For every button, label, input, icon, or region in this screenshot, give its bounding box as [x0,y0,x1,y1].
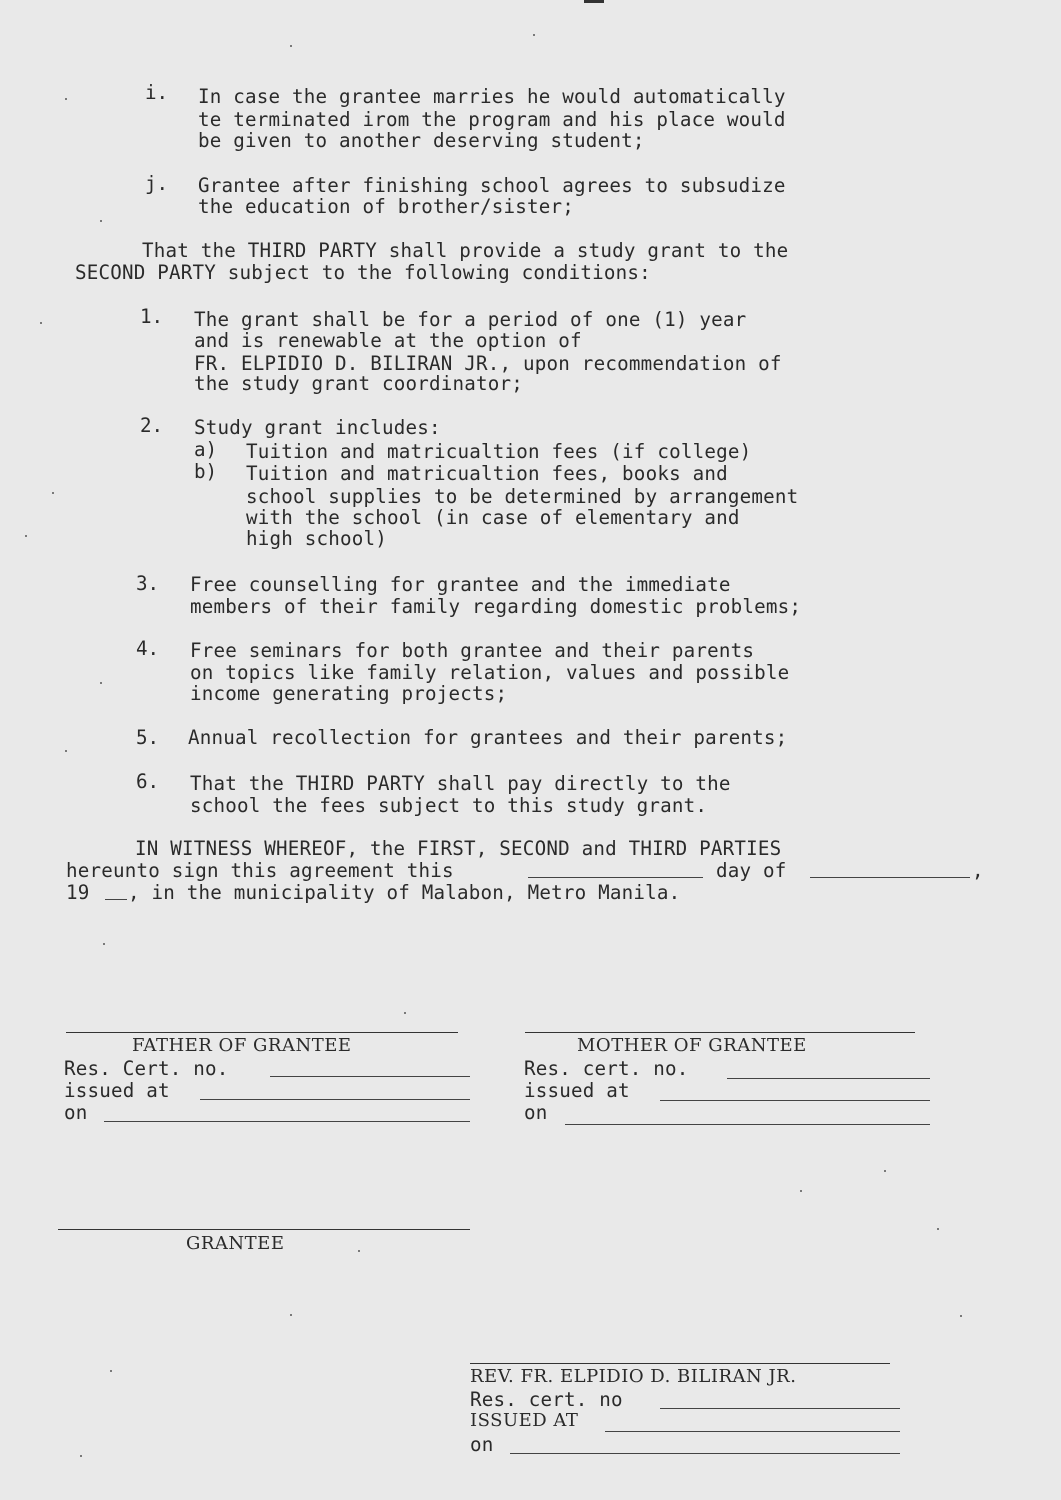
condition-3-line-1: Free counselling for grantee and the imm… [190,574,731,596]
item-marker-i: i. [145,82,168,104]
condition-marker-5: 5. [136,727,159,749]
father-issued-at-label: issued at [64,1080,170,1102]
priest-signature-title: REV. FR. ELPIDIO D. BILIRAN JR. [470,1366,796,1388]
witness-line-1: IN WITNESS WHEREOF, the FIRST, SECOND an… [135,838,781,860]
scan-speck [960,1315,962,1317]
grantee-signature-line[interactable] [58,1229,470,1230]
condition-1-line-2: and is renewable at the option of [194,330,582,352]
scan-speck [65,98,67,100]
condition-marker-4: 4. [136,638,159,660]
agreement-year-blank[interactable] [105,899,127,900]
witness-line-2-comma: , [972,860,984,882]
condition-2-line-1: Study grant includes: [194,417,441,439]
father-signature-title: FATHER OF GRANTEE [132,1035,352,1057]
condition-1-line-4: the study grant coordinator; [194,373,523,395]
subitem-marker-a: a) [194,439,217,461]
mother-issued-at-field[interactable] [660,1100,930,1101]
scan-speck [290,45,292,47]
agreement-day-blank[interactable] [528,877,703,878]
item-i-line-2: te terminated irom the program and his p… [198,109,786,131]
mother-issued-at-label: issued at [524,1080,630,1102]
condition-marker-3: 3. [136,573,159,595]
father-res-cert-label: Res. Cert. no. [64,1058,229,1080]
condition-4-line-1: Free seminars for both grantee and their… [190,640,754,662]
scan-speck [52,492,54,494]
witness-line-3: , in the municipality of Malabon, Metro … [128,882,680,904]
item-j-line-1: Grantee after finishing school agrees to… [198,175,786,197]
scan-speck [65,750,67,752]
scan-speck [100,682,102,684]
subitem-marker-b: b) [194,461,217,483]
priest-issued-at-field[interactable] [605,1431,900,1432]
subitem-b-line-1: Tuition and matricualtion fees, books an… [246,463,728,485]
priest-on-label: on [470,1434,494,1456]
scan-speck [103,943,105,945]
condition-4-line-3: income generating projects; [190,683,507,705]
priest-issued-at-label: ISSUED AT [470,1410,578,1432]
witness-year-prefix: 19 [66,882,90,904]
subitem-b-line-3: with the school (in case of elementary a… [246,507,740,529]
priest-on-field[interactable] [510,1453,900,1454]
condition-4-line-2: on topics like family relation, values a… [190,662,789,684]
subitem-b-line-4: high school) [246,528,387,550]
father-on-label: on [64,1102,88,1124]
third-party-intro-line-1: That the THIRD PARTY shall provide a stu… [142,240,788,262]
mother-res-cert-field[interactable] [727,1078,930,1079]
scan-speck [80,1455,82,1457]
scan-speck [40,322,42,324]
mother-signature-title: MOTHER OF GRANTEE [577,1035,807,1057]
mother-on-field[interactable] [565,1124,930,1125]
father-res-cert-field[interactable] [270,1076,470,1077]
condition-1-line-1: The grant shall be for a period of one (… [194,309,746,331]
condition-6-line-1: That the THIRD PARTY shall pay directly … [190,773,731,795]
scan-speck [884,1170,886,1172]
father-signature-line[interactable] [66,1032,458,1033]
priest-res-cert-field[interactable] [660,1408,900,1409]
page-top-mark [584,0,604,3]
condition-marker-2: 2. [140,415,163,437]
witness-line-2-start: hereunto sign this agreement this [66,860,454,882]
scan-speck [358,1250,360,1252]
scan-speck [404,1012,406,1014]
condition-6-line-2: school the fees subject to this study gr… [190,795,707,817]
mother-on-label: on [524,1102,548,1124]
third-party-intro-line-2: SECOND PARTY subject to the following co… [75,262,651,284]
subitem-b-line-2: school supplies to be determined by arra… [246,486,798,508]
condition-3-line-2: members of their family regarding domest… [190,596,801,618]
priest-res-cert-label: Res. cert. no [470,1389,623,1411]
scan-speck [25,535,27,537]
condition-5-line-1: Annual recollection for grantees and the… [188,727,787,749]
subitem-a-line-1: Tuition and matricualtion fees (if colle… [246,441,751,463]
scan-speck [800,1190,802,1192]
father-issued-at-field[interactable] [200,1099,470,1100]
grantee-signature-title: GRANTEE [186,1233,284,1255]
item-marker-j: j. [145,173,168,195]
scan-speck [533,34,535,36]
scanned-agreement-page: i. In case the grantee marries he would … [0,0,1061,1500]
condition-marker-6: 6. [136,771,159,793]
scan-speck [937,1228,939,1230]
item-i-line-3: be given to another deserving student; [198,130,645,152]
witness-line-2-dayof: day of [716,860,787,882]
mother-res-cert-label: Res. cert. no. [524,1058,689,1080]
mother-signature-line[interactable] [525,1032,915,1033]
item-j-line-2: the education of brother/sister; [198,196,574,218]
condition-marker-1: 1. [140,306,163,328]
scan-speck [290,1314,292,1316]
father-on-field[interactable] [104,1121,470,1122]
scan-speck [100,220,102,222]
item-i-line-1: In case the grantee marries he would aut… [198,86,786,108]
agreement-month-blank[interactable] [810,877,970,878]
priest-signature-line[interactable] [470,1363,890,1364]
scan-speck [110,1370,112,1372]
